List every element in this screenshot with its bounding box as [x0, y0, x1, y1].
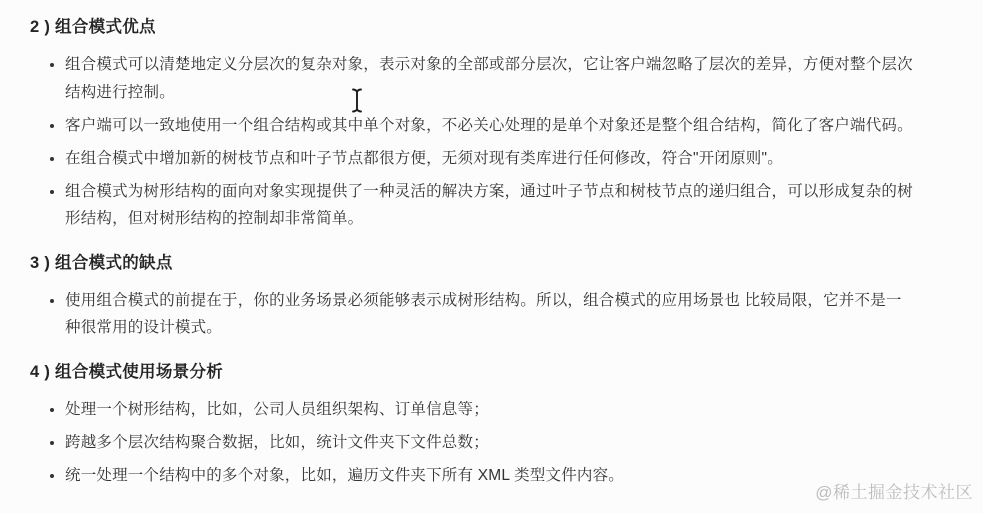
bullet-list: 处理一个树形结构，比如，公司人员组织架构、订单信息等； 跨越多个层次结构聚合数据… [30, 396, 947, 490]
bullet-item: 组合模式可以清楚地定义分层次的复杂对象，表示对象的全部或部分层次，它让客户端忽略… [65, 51, 913, 106]
section-heading: 3 ) 组合模式的缺点 [30, 250, 947, 276]
document-page: 2 ) 组合模式优点 组合模式可以清楚地定义分层次的复杂对象，表示对象的全部或部… [0, 0, 983, 513]
section-heading: 4 ) 组合模式使用场景分析 [30, 359, 947, 385]
section-use-cases: 4 ) 组合模式使用场景分析 处理一个树形结构，比如，公司人员组织架构、订单信息… [30, 359, 947, 490]
section-heading: 2 ) 组合模式优点 [30, 14, 947, 40]
bullet-item: 组合模式为树形结构的面向对象实现提供了一种灵活的解决方案，通过叶子节点和树枝节点… [65, 178, 913, 233]
bullet-item: 使用组合模式的前提在于，你的业务场景必须能够表示成树形结构。所以，组合模式的应用… [65, 287, 913, 342]
bullet-item: 处理一个树形结构，比如，公司人员组织架构、订单信息等； [65, 396, 913, 424]
bullet-item: 统一处理一个结构中的多个对象，比如，遍历文件夹下所有 XML 类型文件内容。 [65, 462, 913, 490]
bullet-list: 组合模式可以清楚地定义分层次的复杂对象，表示对象的全部或部分层次，它让客户端忽略… [30, 51, 947, 233]
document-content: 2 ) 组合模式优点 组合模式可以清楚地定义分层次的复杂对象，表示对象的全部或部… [0, 0, 983, 489]
bullet-list: 使用组合模式的前提在于，你的业务场景必须能够表示成树形结构。所以，组合模式的应用… [30, 287, 947, 342]
bullet-item: 跨越多个层次结构聚合数据，比如，统计文件夹下文件总数； [65, 429, 913, 457]
section-advantages: 2 ) 组合模式优点 组合模式可以清楚地定义分层次的复杂对象，表示对象的全部或部… [30, 14, 947, 233]
bullet-item: 客户端可以一致地使用一个组合结构或其中单个对象，不必关心处理的是单个对象还是整个… [65, 112, 913, 140]
bullet-item: 在组合模式中增加新的树枝节点和叶子节点都很方便，无须对现有类库进行任何修改，符合… [65, 145, 913, 173]
section-disadvantages: 3 ) 组合模式的缺点 使用组合模式的前提在于，你的业务场景必须能够表示成树形结… [30, 250, 947, 342]
watermark: @稀土掘金技术社区 [815, 478, 973, 503]
